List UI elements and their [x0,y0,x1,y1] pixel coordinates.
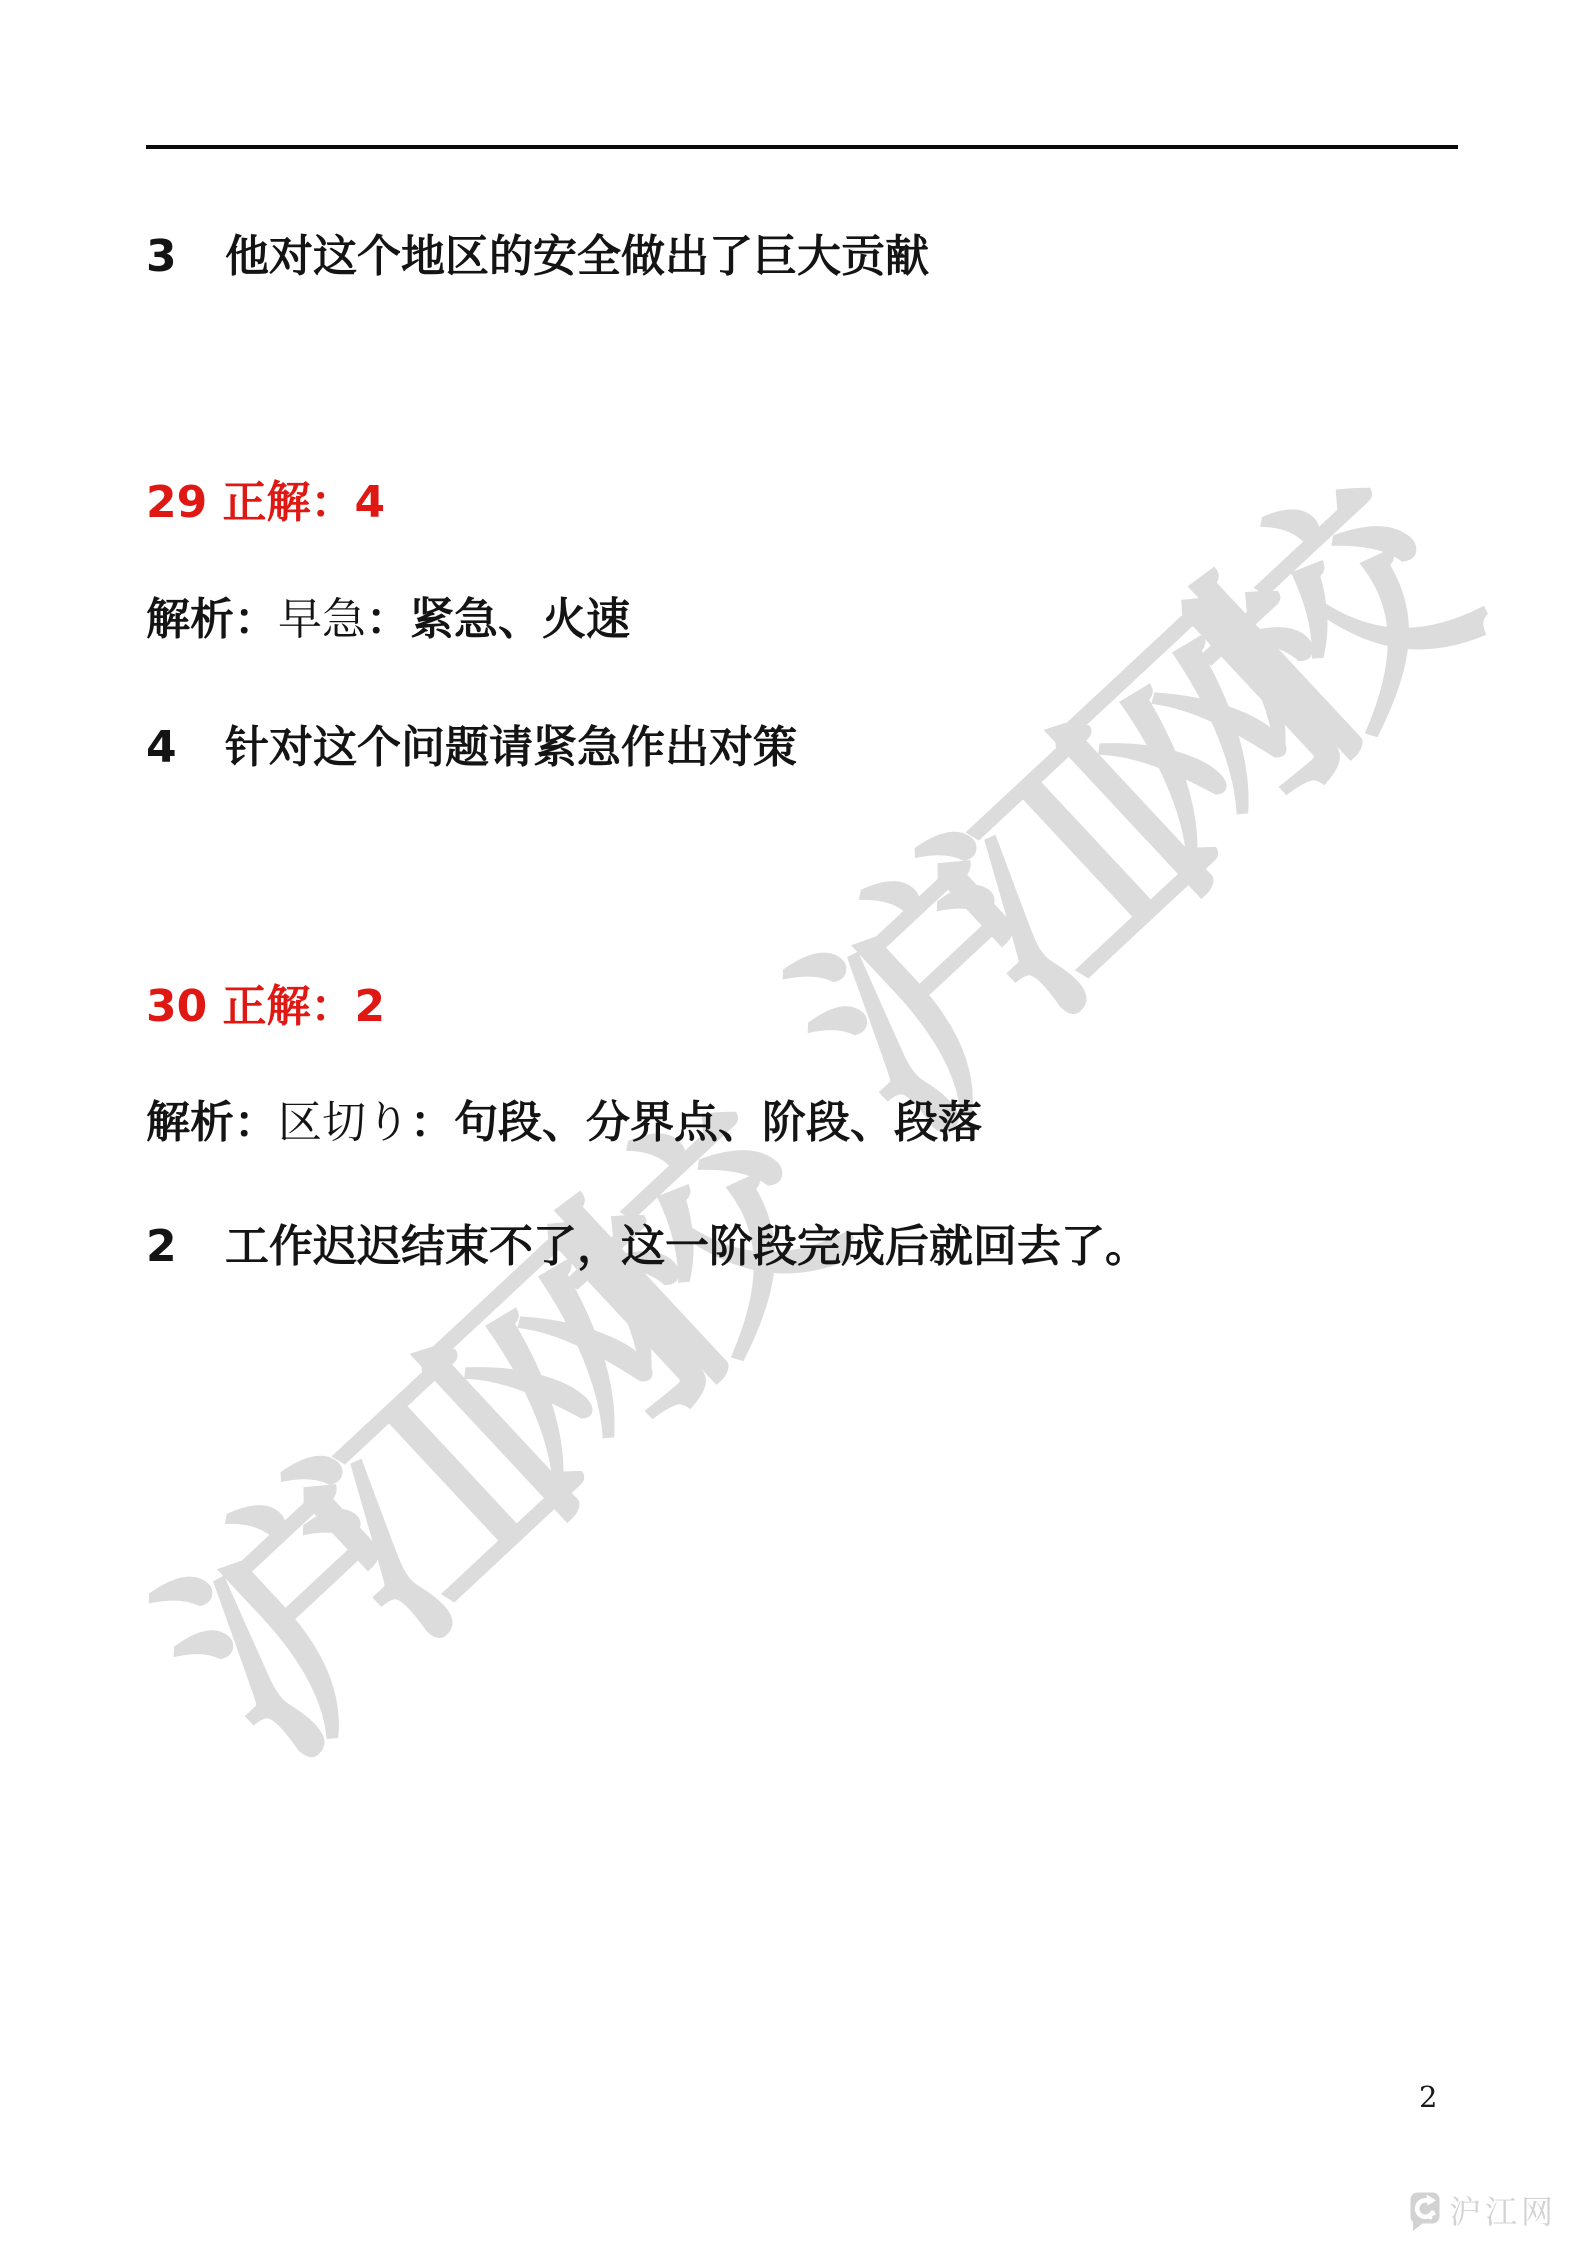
analysis-label: 解析： [146,594,278,645]
brand-logo: 沪江网 [1410,2192,1557,2232]
sentence-item-3: 3他对这个地区的安全做出了巨大贡献 [146,230,929,284]
item-number: 3 [146,230,225,284]
item-number: 2 [146,1220,225,1274]
top-rule [146,145,1458,149]
item-text: 针对这个问题请紧急作出对策 [225,722,797,773]
analysis-line-29: 解析：早急：紧急、火速 [146,593,630,647]
watermark-text-upper: 沪江网校 [761,498,1458,1172]
page-number: 2 [1419,2080,1437,2114]
analysis-term: 早急 [278,594,366,645]
item-text: 工作迟迟结束不了，这一阶段完成后就回去了。 [225,1221,1149,1272]
analysis-text: ：紧急、火速 [366,594,630,645]
sentence-item-4: 4针对这个问题请紧急作出对策 [146,721,797,775]
sentence-item-2: 2工作迟迟结束不了，这一阶段完成后就回去了。 [146,1220,1149,1274]
answer-heading-29: 29 正解：4 [146,476,385,530]
hujiang-logo-icon [1410,2192,1440,2232]
document-page: 沪江网校 沪江网校 3他对这个地区的安全做出了巨大贡献 29 正解：4 解析：早… [0,0,1587,2245]
analysis-line-30: 解析：区切り：句段、分界点、阶段、段落 [146,1096,982,1150]
brand-name: 沪江网 [1449,2192,1557,2232]
analysis-text: ：句段、分界点、阶段、段落 [410,1097,982,1148]
item-number: 4 [146,721,225,775]
answer-heading-30: 30 正解：2 [146,980,385,1034]
analysis-term: 区切り [278,1097,410,1148]
analysis-label: 解析： [146,1097,278,1148]
item-text: 他对这个地区的安全做出了巨大贡献 [225,231,929,282]
